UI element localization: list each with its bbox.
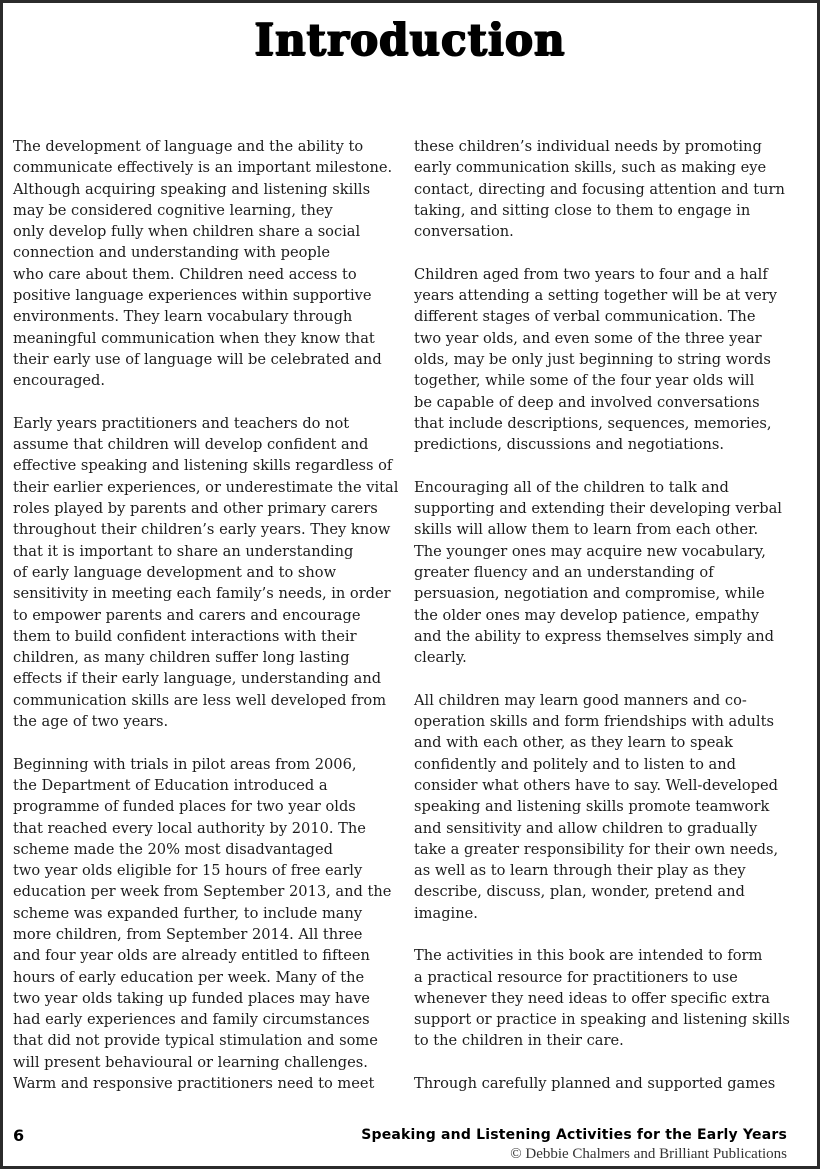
paragraph: these children’s individual needs by pro…: [414, 136, 798, 242]
text-line: and sensitivity and allow children to gr…: [414, 818, 798, 839]
text-line: years attending a setting together will …: [414, 285, 798, 306]
text-line: predictions, discussions and negotiation…: [414, 434, 798, 455]
text-line: Although acquiring speaking and listenin…: [13, 179, 405, 200]
text-line: environments. They learn vocabulary thro…: [13, 306, 405, 327]
text-line: persuasion, negotiation and compromise, …: [414, 583, 798, 604]
text-line: positive language experiences within sup…: [13, 285, 405, 306]
text-line: hours of early education per week. Many …: [13, 967, 405, 988]
text-line: who care about them. Children need acces…: [13, 264, 405, 285]
text-line: their early use of language will be cele…: [13, 349, 405, 370]
text-line: connection and understanding with people: [13, 242, 405, 263]
text-line: different stages of verbal communication…: [414, 306, 798, 327]
text-line: contact, directing and focusing attentio…: [414, 179, 798, 200]
paragraph: The development of language and the abil…: [13, 136, 405, 392]
text-line: The younger ones may acquire new vocabul…: [414, 541, 798, 562]
text-line: and four year olds are already entitled …: [13, 945, 405, 966]
text-line: that include descriptions, sequences, me…: [414, 413, 798, 434]
text-line: effective speaking and listening skills …: [13, 455, 405, 476]
document-page: Introduction The development of language…: [0, 0, 820, 1169]
paragraph: Encouraging all of the children to talk …: [414, 477, 798, 669]
text-line: the age of two years.: [13, 711, 405, 732]
text-line: to empower parents and carers and encour…: [13, 605, 405, 626]
text-line: operation skills and form friendships wi…: [414, 711, 798, 732]
paragraph: The activities in this book are intended…: [414, 945, 798, 1051]
text-line: confidently and politely and to listen t…: [414, 754, 798, 775]
text-line: taking, and sitting close to them to eng…: [414, 200, 798, 221]
text-line: assume that children will develop confid…: [13, 434, 405, 455]
paragraph: Children aged from two years to four and…: [414, 264, 798, 456]
text-line: scheme was expanded further, to include …: [13, 903, 405, 924]
left-column: The development of language and the abil…: [13, 136, 405, 1116]
paragraph: Beginning with trials in pilot areas fro…: [13, 754, 405, 1095]
paragraph: Early years practitioners and teachers d…: [13, 413, 405, 732]
text-line: as well as to learn through their play a…: [414, 860, 798, 881]
text-line: communicate effectively is an important …: [13, 157, 405, 178]
text-line: Early years practitioners and teachers d…: [13, 413, 405, 434]
text-line: imagine.: [414, 903, 798, 924]
text-line: these children’s individual needs by pro…: [414, 136, 798, 157]
text-line: education per week from September 2013, …: [13, 881, 405, 902]
text-line: will present behavioural or learning cha…: [13, 1052, 405, 1073]
text-line: consider what others have to say. Well-d…: [414, 775, 798, 796]
text-line: effects if their early language, underst…: [13, 668, 405, 689]
text-line: two year olds eligible for 15 hours of f…: [13, 860, 405, 881]
paragraph: Through carefully planned and supported …: [414, 1073, 798, 1094]
text-line: and the ability to express themselves si…: [414, 626, 798, 647]
text-line: speaking and listening skills promote te…: [414, 796, 798, 817]
text-line: the Department of Education introduced a: [13, 775, 405, 796]
page-title: Introduction: [3, 14, 817, 65]
text-line: their earlier experiences, or underestim…: [13, 477, 405, 498]
text-line: Beginning with trials in pilot areas fro…: [13, 754, 405, 775]
text-line: may be considered cognitive learning, th…: [13, 200, 405, 221]
text-line: a practical resource for practitioners t…: [414, 967, 798, 988]
text-line: skills will allow them to learn from eac…: [414, 519, 798, 540]
paragraph: All children may learn good manners and …: [414, 690, 798, 924]
text-line: and with each other, as they learn to sp…: [414, 732, 798, 753]
text-line: scheme made the 20% most disadvantaged: [13, 839, 405, 860]
text-line: meaningful communication when they know …: [13, 328, 405, 349]
text-line: that did not provide typical stimulation…: [13, 1030, 405, 1051]
text-line: children, as many children suffer long l…: [13, 647, 405, 668]
text-line: describe, discuss, plan, wonder, pretend…: [414, 881, 798, 902]
text-line: roles played by parents and other primar…: [13, 498, 405, 519]
text-line: two year olds, and even some of the thre…: [414, 328, 798, 349]
text-line: sensitivity in meeting each family’s nee…: [13, 583, 405, 604]
text-line: communication skills are less well devel…: [13, 690, 405, 711]
text-line: greater fluency and an understanding of: [414, 562, 798, 583]
text-line: that it is important to share an underst…: [13, 541, 405, 562]
text-line: Encouraging all of the children to talk …: [414, 477, 798, 498]
text-line: whenever they need ideas to offer specif…: [414, 988, 798, 1009]
text-line: Through carefully planned and supported …: [414, 1073, 798, 1094]
text-line: encouraged.: [13, 370, 405, 391]
text-line: that reached every local authority by 20…: [13, 818, 405, 839]
text-line: The activities in this book are intended…: [414, 945, 798, 966]
text-line: be capable of deep and involved conversa…: [414, 392, 798, 413]
text-line: throughout their children’s early years.…: [13, 519, 405, 540]
text-line: the older ones may develop patience, emp…: [414, 605, 798, 626]
text-line: The development of language and the abil…: [13, 136, 405, 157]
text-line: support or practice in speaking and list…: [414, 1009, 798, 1030]
text-line: conversation.: [414, 221, 798, 242]
text-line: Warm and responsive practitioners need t…: [13, 1073, 405, 1094]
text-line: had early experiences and family circums…: [13, 1009, 405, 1030]
text-line: clearly.: [414, 647, 798, 668]
footer-copyright: © Debbie Chalmers and Brilliant Publicat…: [510, 1146, 787, 1163]
text-line: to the children in their care.: [414, 1030, 798, 1051]
text-line: only develop fully when children share a…: [13, 221, 405, 242]
page-number: 6: [13, 1126, 24, 1145]
text-line: Children aged from two years to four and…: [414, 264, 798, 285]
text-line: two year olds taking up funded places ma…: [13, 988, 405, 1009]
text-line: them to build confident interactions wit…: [13, 626, 405, 647]
text-line: of early language development and to sho…: [13, 562, 405, 583]
text-line: olds, may be only just beginning to stri…: [414, 349, 798, 370]
footer-book-title: Speaking and Listening Activities for th…: [361, 1127, 787, 1143]
right-column: these children’s individual needs by pro…: [414, 136, 798, 1116]
text-line: take a greater responsibility for their …: [414, 839, 798, 860]
text-line: early communication skills, such as maki…: [414, 157, 798, 178]
text-line: All children may learn good manners and …: [414, 690, 798, 711]
text-line: supporting and extending their developin…: [414, 498, 798, 519]
text-line: more children, from September 2014. All …: [13, 924, 405, 945]
text-line: together, while some of the four year ol…: [414, 370, 798, 391]
text-line: programme of funded places for two year …: [13, 796, 405, 817]
